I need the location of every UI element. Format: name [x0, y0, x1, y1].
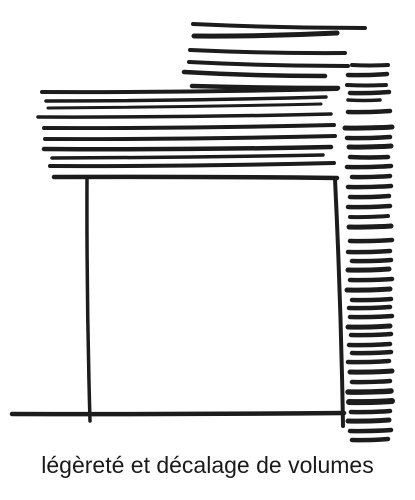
upper-volume-hatch — [184, 24, 365, 88]
sketch-stroke — [348, 420, 389, 421]
sketch-stroke — [350, 430, 391, 431]
right-dash-column — [345, 65, 392, 440]
sketch-strokes — [12, 24, 392, 440]
sketch-stroke — [350, 196, 389, 197]
sketch-stroke — [349, 226, 391, 227]
sketch-stroke — [38, 114, 331, 117]
sketch-stroke — [349, 401, 392, 402]
sketch-stroke — [348, 251, 390, 252]
sketch-page: légèreté et décalage de volumes — [0, 0, 415, 500]
sketch-stroke — [347, 137, 390, 138]
sketch-stroke — [87, 177, 90, 421]
sketch-stroke — [348, 111, 390, 112]
sketch-stroke — [350, 92, 389, 93]
sketch-stroke — [348, 100, 380, 101]
sketch-stroke — [44, 125, 334, 128]
sketch-stroke — [347, 85, 386, 86]
sketch-stroke — [349, 344, 390, 345]
sketch-stroke — [352, 299, 391, 300]
sketch-stroke — [350, 316, 392, 317]
sketch-stroke — [335, 179, 343, 426]
sketch-stroke — [46, 97, 326, 101]
sketch-stroke — [345, 127, 392, 128]
sketch-stroke — [50, 163, 334, 166]
sketch-stroke — [189, 62, 348, 66]
sketch-stroke — [348, 361, 389, 362]
sketch-stroke — [350, 216, 388, 217]
sketch-stroke — [54, 177, 337, 178]
square-outline — [54, 177, 343, 426]
sketch-stroke — [348, 391, 391, 392]
sketch-stroke — [184, 72, 325, 76]
sketch-stroke — [48, 104, 321, 108]
sketch-stroke — [348, 269, 389, 270]
sketch-stroke — [352, 439, 388, 440]
sketch-stroke — [351, 334, 391, 335]
sketch-stroke — [349, 146, 391, 147]
sketch-stroke — [194, 33, 337, 36]
sketch-stroke — [348, 206, 390, 207]
sketch-stroke — [193, 24, 365, 28]
sketch-stroke — [352, 352, 391, 353]
sketch-stroke — [348, 74, 387, 75]
sketch-stroke — [350, 371, 392, 372]
sketch-stroke — [349, 307, 390, 308]
lower-volume-hatch — [38, 89, 337, 166]
sketch-stroke — [45, 136, 335, 139]
sketch-stroke — [350, 157, 388, 158]
sketch-stroke — [347, 166, 391, 167]
architecture-sketch-canvas — [0, 0, 415, 448]
sketch-stroke — [352, 260, 391, 261]
sketch-stroke — [351, 411, 390, 412]
sketch-stroke — [12, 413, 344, 414]
sketch-stroke — [350, 240, 392, 241]
sketch-stroke — [52, 155, 323, 158]
sketch-stroke — [352, 381, 390, 382]
ground-line — [12, 413, 344, 414]
sketch-stroke — [348, 186, 391, 187]
sketch-stroke — [350, 279, 392, 280]
caption-text: légèreté et décalage de volumes — [0, 452, 415, 479]
sketch-stroke — [347, 289, 390, 290]
sketch-stroke — [190, 50, 345, 53]
sketch-stroke — [348, 326, 390, 327]
sketch-stroke — [44, 147, 331, 149]
sketch-stroke — [42, 89, 337, 92]
sketch-stroke — [352, 176, 390, 177]
sketch-stroke — [352, 65, 388, 66]
